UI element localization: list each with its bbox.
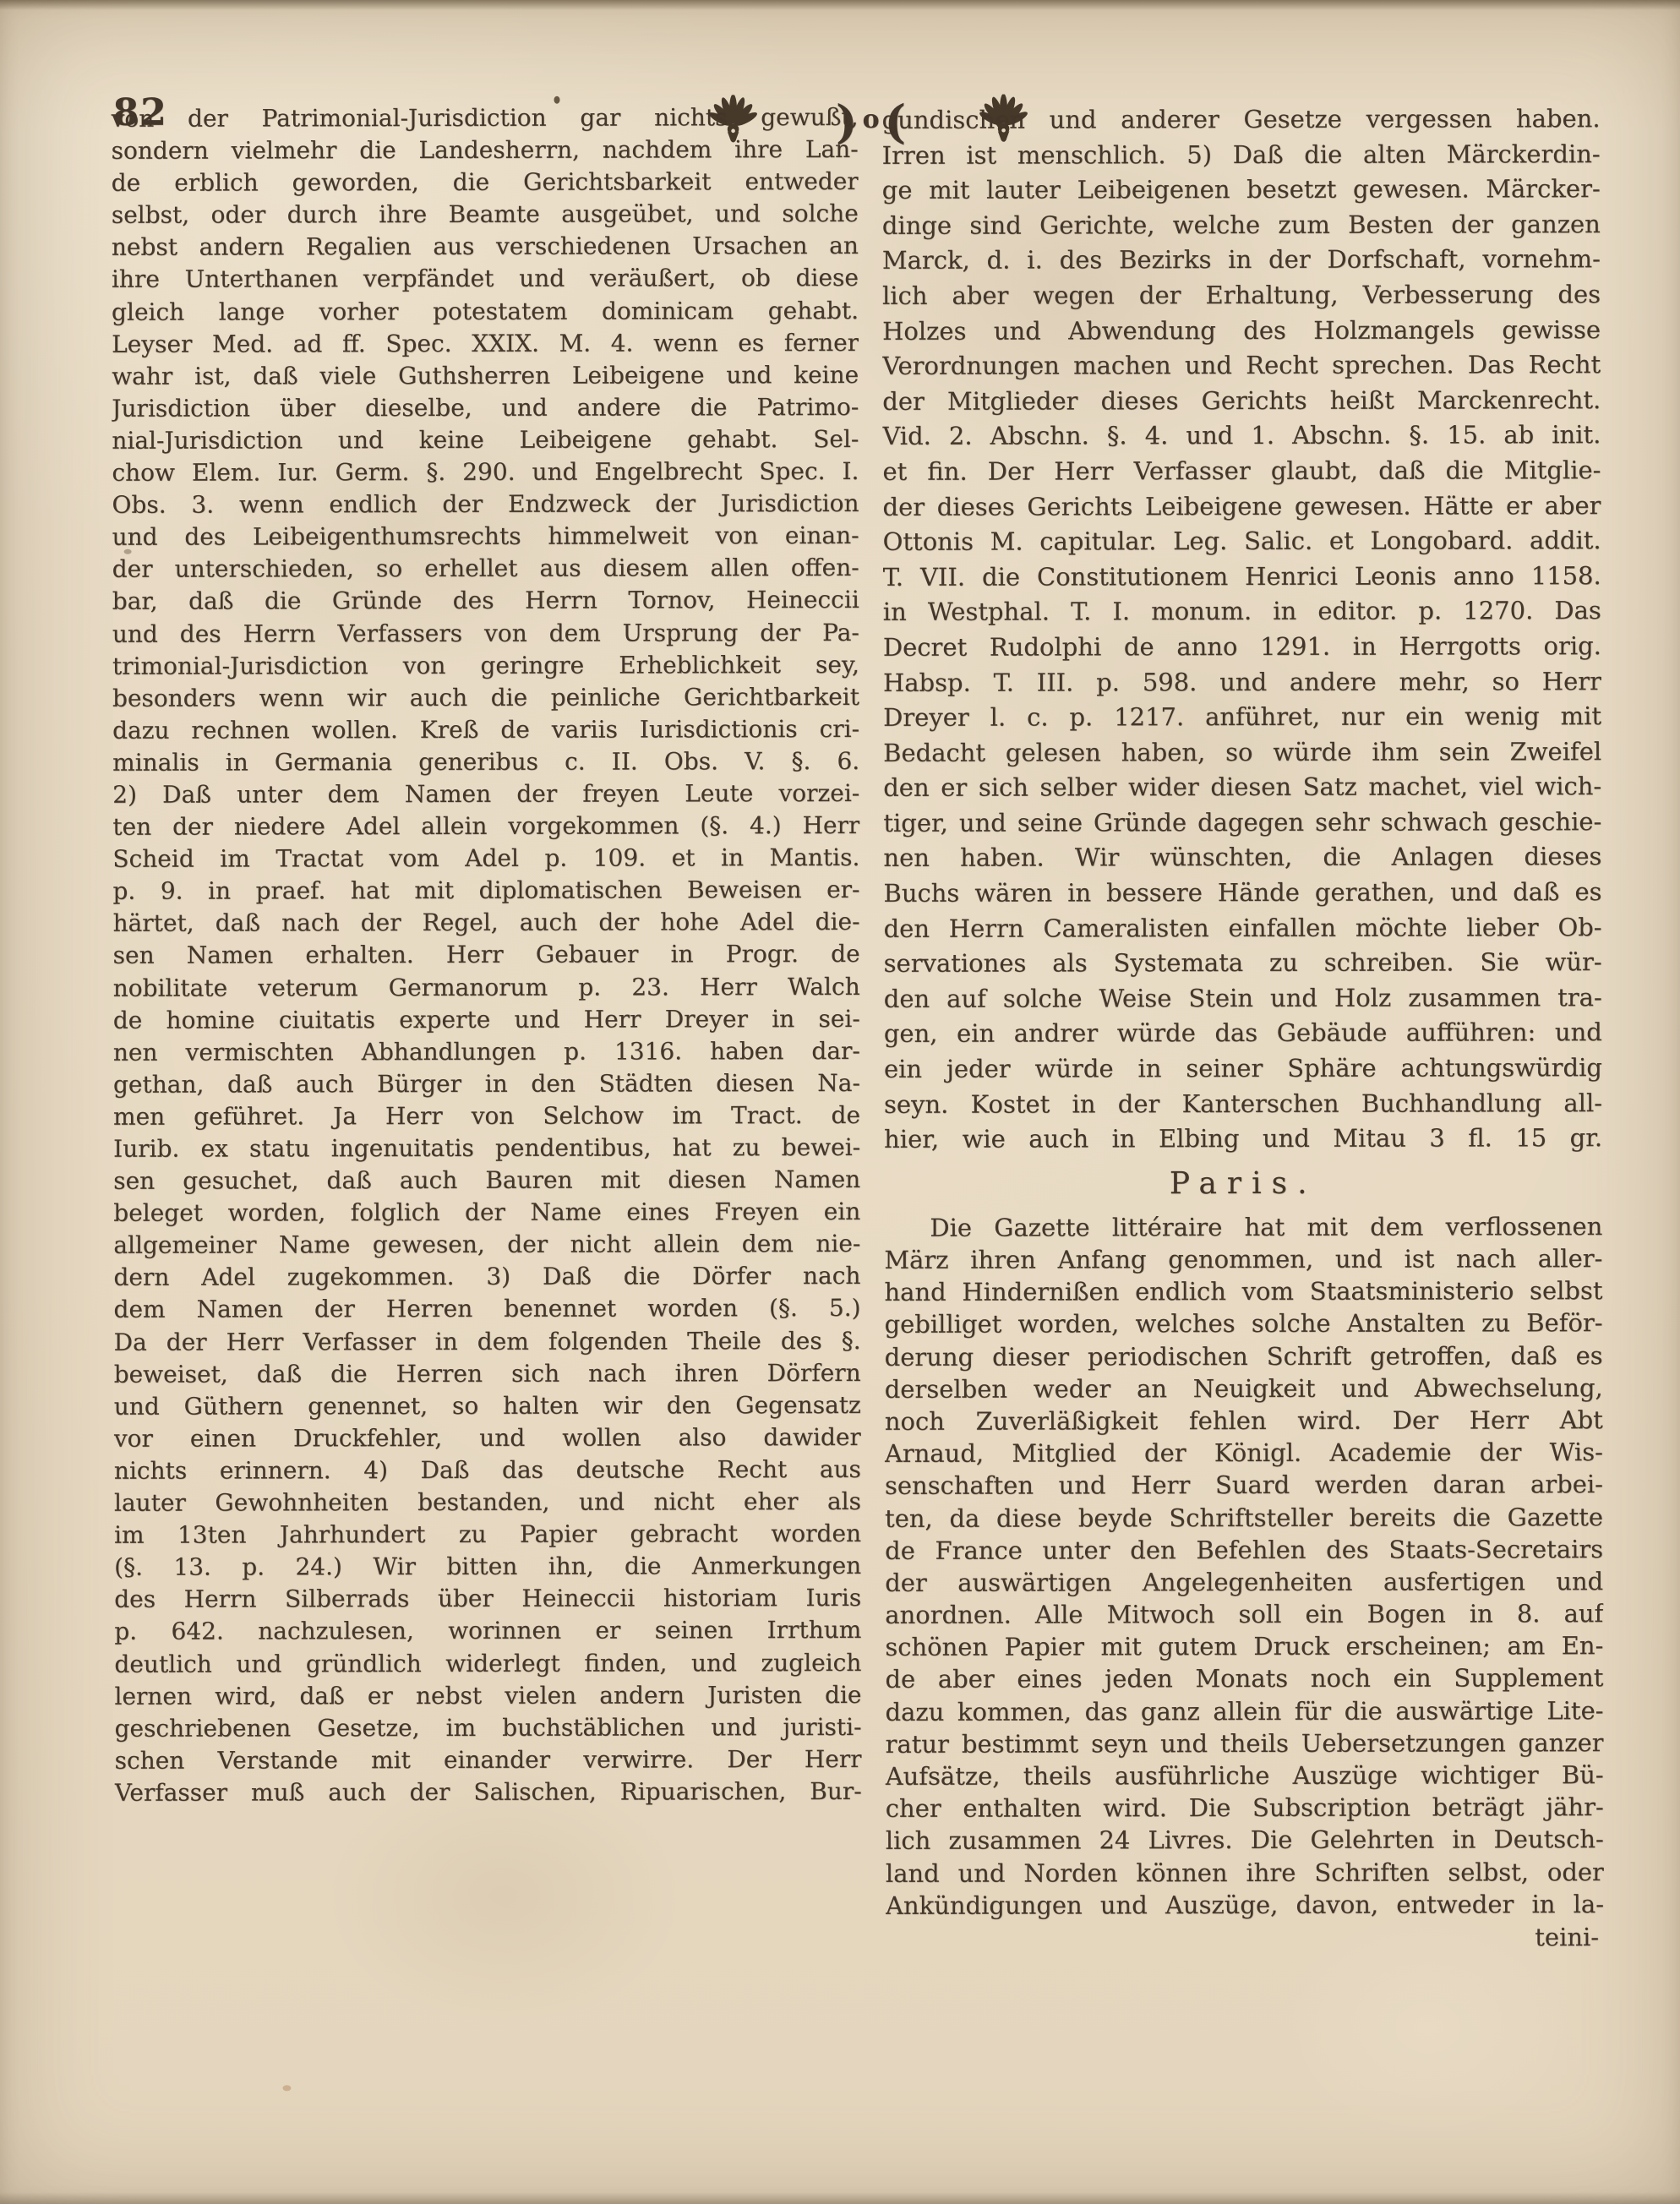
text-line: den Herrn Cameralisten einfallen möchte … (884, 910, 1602, 947)
text-line: nen vermischten Abhandlungen p. 1316. ha… (113, 1035, 860, 1069)
left-text-column: von der Patrimonial-Jurisdiction gar nic… (112, 101, 862, 1809)
text-line: vor einen Druckfehler, und wollen also d… (114, 1421, 861, 1455)
text-line: in Westphal. T. I. monum. in editor. p. … (883, 593, 1601, 630)
text-line: nial-Jurisdiction und keine Leibeigene g… (112, 423, 859, 457)
text-line: ge mit lauter Leibeigenen besetzt gewese… (882, 172, 1601, 208)
text-line: der dieses Gerichts Leibeigene gewesen. … (882, 488, 1601, 525)
text-line: de homine ciuitatis experte und Herr Dre… (113, 1003, 860, 1037)
ink-speck (554, 96, 560, 104)
catchword: teini- (886, 1920, 1604, 1956)
text-line: trimonial-Jurisdiction von geringre Erhe… (112, 649, 859, 683)
text-line: nichts erinnern. 4) Daß das deutsche Rec… (114, 1454, 861, 1487)
text-line: von der Patrimonial-Jurisdiction gar nic… (112, 101, 859, 135)
text-line: und des Herrn Verfassers von dem Ursprun… (112, 616, 859, 650)
text-line: tiger, und seine Gründe dagegen sehr sch… (883, 805, 1601, 841)
text-line: allgemeiner Name gewesen, der nicht alle… (113, 1228, 860, 1262)
text-line: Verfasser muß auch der Salischen, Ripuar… (115, 1776, 862, 1809)
text-line: Vid. 2. Abschn. §. 4. und 1. Abschn. §. … (882, 417, 1601, 454)
text-line: Da der Herr Verfasser in dem folgenden T… (114, 1325, 861, 1359)
text-line: hand Hindernißen endlich vom Staatsminis… (884, 1274, 1602, 1308)
text-line: ratur bestimmt seyn und theils Uebersetz… (886, 1727, 1604, 1760)
section-heading-paris: Paris. (884, 1156, 1602, 1212)
text-line: härtet, daß nach der Regel, auch der hoh… (113, 906, 860, 940)
text-line: den er sich selber wider diesen Satz mac… (883, 769, 1601, 805)
text-line: cher enthalten wird. Die Subscription be… (886, 1791, 1604, 1825)
text-line: im 13ten Jahrhundert zu Papier gebracht … (114, 1518, 861, 1552)
text-line: et fin. Der Herr Verfasser glaubt, daß d… (882, 453, 1601, 489)
text-line: Jurisdiction über dieselbe, und andere d… (112, 391, 859, 425)
text-line: dern Adel zugekommen. 3) Daß die Dörfer … (113, 1260, 860, 1294)
text-line: den auf solche Weise Stein und Holz zusa… (884, 980, 1602, 1017)
text-line: lich aber wegen der Erhaltung, Verbesser… (882, 277, 1601, 314)
text-line: Marck, d. i. des Bezirks in der Dorfscha… (882, 242, 1601, 278)
text-line: gethan, daß auch Bürger in den Städten d… (113, 1067, 860, 1101)
text-line: men geführet. Ja Herr von Selchow im Tra… (113, 1099, 860, 1133)
text-line: 2) Daß unter dem Namen der freyen Leute … (112, 777, 859, 811)
text-line: ten, da diese beyde Schriftsteller berei… (885, 1501, 1603, 1535)
text-line: ihre Unterthanen verpfändet und veräußer… (112, 262, 859, 296)
text-line: p. 642. nachzulesen, worinnen er seinen … (114, 1614, 861, 1648)
text-line: dem Namen der Herren benennet worden (§.… (113, 1292, 860, 1326)
text-line: wahr ist, daß viele Guthsherren Leibeige… (112, 359, 859, 393)
text-line: Scheid im Tractat vom Adel p. 109. et in… (112, 842, 859, 876)
text-line: (§. 13. p. 24.) Wir bitten ihn, die Anme… (114, 1550, 861, 1584)
text-line: de erblich geworden, die Gerichtsbarkeit… (112, 166, 859, 199)
text-line: März ihren Anfang genommen, und ist nach… (884, 1242, 1602, 1276)
text-line: beweiset, daß die Herren sich nach ihren… (114, 1357, 861, 1391)
text-line: de France unter den Befehlen des Staats-… (885, 1533, 1603, 1567)
text-line: Decret Rudolphi de anno 1291. in Herrgot… (883, 629, 1601, 665)
text-line: der unterschieden, so erhellet aus diese… (112, 552, 859, 586)
text-line: nen haben. Wir wünschten, die Anlagen di… (883, 840, 1601, 876)
text-line: schönen Papier mit gutem Druck erscheine… (885, 1629, 1603, 1663)
text-line: Buchs wären in bessere Hände gerathen, u… (883, 875, 1601, 911)
ink-speck (282, 2085, 291, 2091)
text-line: ein jeder würde in seiner Sphäre achtung… (884, 1050, 1602, 1087)
text-line: nebst andern Regalien aus verschiedenen … (112, 230, 859, 264)
text-line: Holzes und Abwendung des Holzmangels gew… (882, 313, 1601, 349)
text-line: Obs. 3. wenn endlich der Endzweck der Ju… (112, 488, 859, 521)
text-line: des Herrn Silberrads über Heineccii hist… (114, 1582, 861, 1616)
text-line: dazu rechnen wollen. Kreß de variis Iuri… (112, 713, 859, 747)
text-line: beleget worden, folglich der Name eines … (113, 1196, 860, 1230)
text-line: lauter Gewohnheiten bestanden, und nicht… (114, 1486, 861, 1519)
text-line: ten der niedere Adel allein vorgekommen … (112, 810, 859, 843)
text-line: senschaften und Herr Suard werden daran … (885, 1468, 1603, 1502)
text-line: derselben weder an Neuigkeit und Abwechs… (885, 1372, 1603, 1405)
text-line: anordnen. Alle Mitwoch soll ein Bogen in… (885, 1597, 1603, 1631)
text-line: gleich lange vorher potestatem dominicam… (112, 295, 859, 329)
text-line: der Mitglieder dieses Gerichts heißt Mar… (882, 383, 1601, 419)
text-line: Ankündigungen und Auszüge, davon, entwed… (886, 1888, 1604, 1922)
text-line: lernen wird, daß er nebst vielen andern … (114, 1679, 861, 1713)
text-line: seyn. Kostet in der Kanterschen Buchhand… (884, 1086, 1602, 1122)
text-line: chow Elem. Iur. Germ. §. 290. und Engelb… (112, 456, 859, 489)
text-line: der auswärtigen Angelegenheiten ausferti… (885, 1565, 1603, 1599)
text-line: dinge sind Gerichte, welche zum Besten d… (882, 207, 1601, 243)
text-line: Bedacht gelesen haben, so würde ihm sein… (883, 734, 1601, 771)
right-column-upper-text: gundischen und anderer Gesetze vergessen… (882, 101, 1603, 1158)
text-line: deutlich und gründlich widerlegt finden,… (114, 1646, 861, 1680)
text-line: und des Leibeigenthumsrechts himmelweit … (112, 520, 859, 554)
text-line: Irren ist menschlich. 5) Daß die alten M… (882, 137, 1601, 173)
text-line: gen, ein andrer würde das Gebäude auffüh… (884, 1016, 1602, 1052)
scanned-book-page: 82 ) o ( (0, 0, 1680, 2204)
text-line: land und Norden können ihre Schriften se… (886, 1856, 1604, 1890)
right-column-lower-text: Die Gazette littéraire hat mit dem verfl… (884, 1210, 1604, 1922)
text-line: sen Namen erhalten. Herr Gebauer in Prog… (113, 938, 860, 972)
text-line: lich zusammen 24 Livres. Die Gelehrten i… (886, 1823, 1604, 1857)
text-line: Dreyer l. c. p. 1217. anführet, nur ein … (883, 699, 1601, 735)
text-line: und Güthern genennet, so halten wir den … (114, 1389, 861, 1423)
text-line: sondern vielmehr die Landesherrn, nachde… (112, 134, 859, 167)
text-line: Arnaud, Mitglied der Königl. Academie de… (885, 1436, 1603, 1470)
text-line: p. 9. in praef. hat mit diplomatischen B… (112, 874, 859, 908)
text-line: Verordnungen machen und Recht sprechen. … (882, 347, 1601, 384)
text-line: Ottonis M. capitular. Leg. Salic. et Lon… (883, 523, 1601, 559)
text-line: gundischen und anderer Gesetze vergessen… (882, 101, 1601, 138)
text-line: Iurib. ex statu ingenuitatis pendentibus… (113, 1132, 860, 1165)
text-line: Habsp. T. III. p. 598. und andere mehr, … (883, 664, 1601, 701)
text-line: derung dieser periodischen Schrift getro… (885, 1339, 1603, 1373)
text-line: nobilitate veterum Germanorum p. 23. Her… (113, 970, 860, 1004)
text-line: noch Zuverläßigkeit fehlen wird. Der Her… (885, 1404, 1603, 1438)
text-line: besonders wenn wir auch die peinliche Ge… (112, 681, 859, 715)
text-line: Die Gazette littéraire hat mit dem verfl… (884, 1210, 1602, 1244)
text-line: Leyser Med. ad ff. Spec. XXIX. M. 4. wen… (112, 327, 859, 361)
text-line: geschriebenen Gesetze, im buchstäblichen… (115, 1711, 862, 1745)
text-line: T. VII. die Constitutionem Henrici Leoni… (883, 559, 1601, 595)
separator-circle: o (863, 107, 880, 133)
right-text-column: gundischen und anderer Gesetze vergessen… (882, 101, 1605, 1956)
ink-speck (124, 549, 132, 554)
text-line: schen Verstande mit einander verwirre. D… (115, 1743, 862, 1777)
text-line: gebilliget worden, welches solche Anstal… (885, 1307, 1603, 1340)
page-scan-content: 82 ) o ( (0, 0, 1680, 2204)
text-line: sen gesuchet, daß auch Bauren mit diesen… (113, 1164, 860, 1197)
text-line: bar, daß die Gründe des Herrn Tornov, He… (112, 584, 859, 618)
text-line: servationes als Systemata zu schreiben. … (884, 945, 1602, 981)
text-line: Aufsätze, theils ausführliche Auszüge wi… (886, 1759, 1604, 1792)
text-line: hier, wie auch in Elbing und Mitau 3 fl.… (884, 1121, 1602, 1157)
text-line: dazu kommen, das ganz allein für die aus… (885, 1694, 1603, 1728)
text-line: minalis in Germania generibus c. II. Obs… (112, 745, 859, 779)
text-line: de aber eines jeden Monats noch ein Supp… (885, 1662, 1603, 1696)
text-line: selbst, oder durch ihre Beamte ausgeübet… (112, 198, 859, 232)
